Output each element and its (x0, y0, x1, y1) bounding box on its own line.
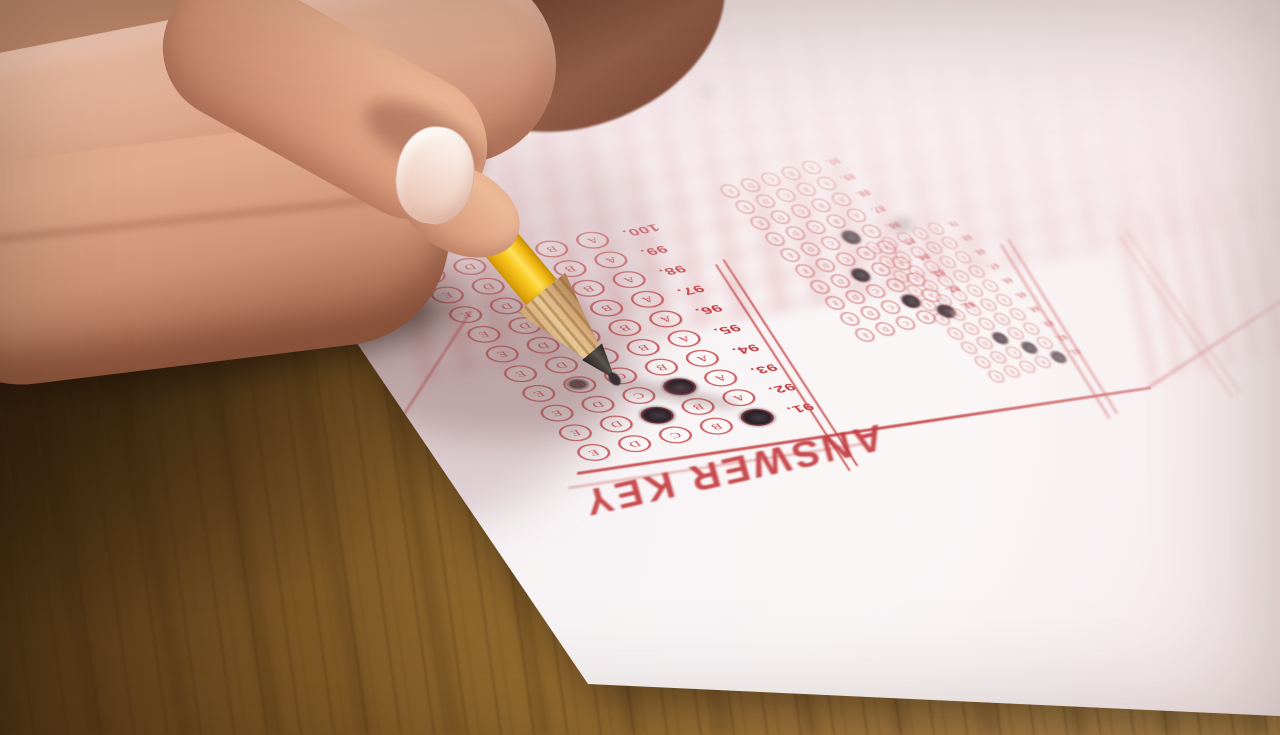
photo-canvas: 91.ABCDE92.ABCDE93.ABCDE94.ABCDE95.ABCDE… (0, 0, 1280, 735)
pencil (0, 0, 1280, 735)
